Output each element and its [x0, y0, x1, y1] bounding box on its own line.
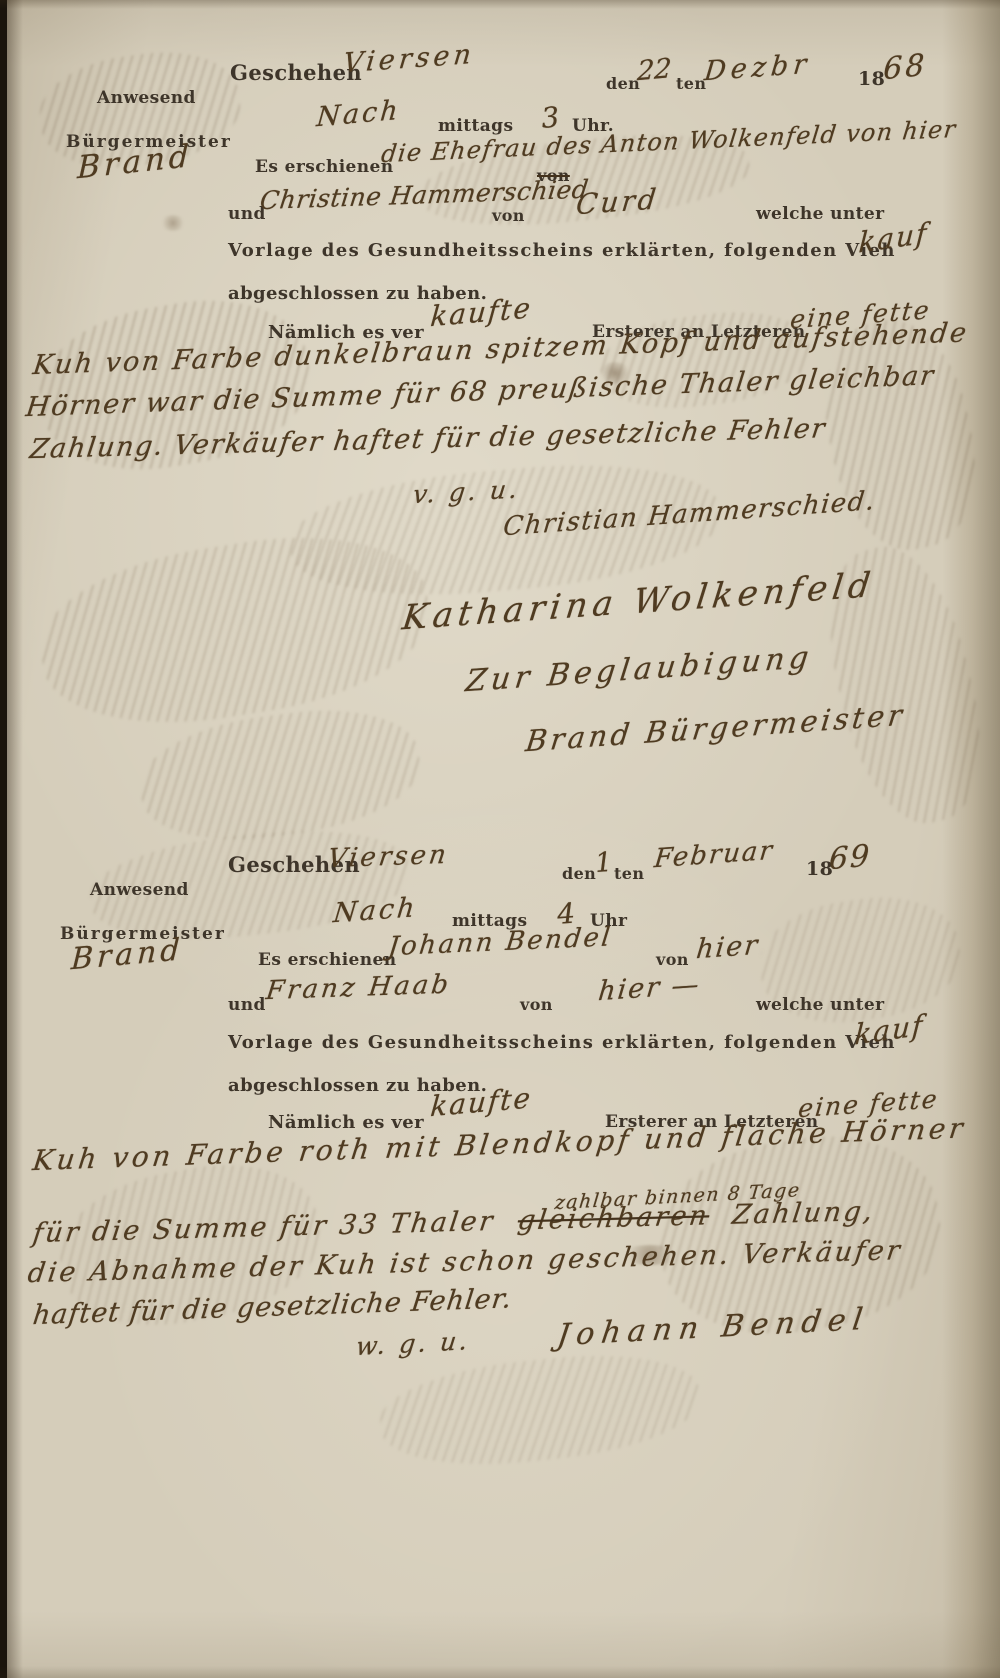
welche-unter-label: welche unter	[756, 204, 885, 224]
ten-label: ten	[676, 74, 706, 93]
welche-unter-label: welche unter	[756, 995, 885, 1015]
naemlich-label: Nämlich es ver	[268, 1112, 424, 1133]
margin-anwesend-label: Anwesend	[97, 88, 196, 108]
mittags-label: mittags	[438, 116, 513, 136]
body-line-1: Kuh von Farbe roth mit Blendkopf und fla…	[31, 1111, 968, 1177]
origin2-handwritten: hier —	[597, 969, 703, 1007]
den-label: den	[606, 74, 640, 93]
sum-post-text: Zahlung,	[730, 1196, 876, 1231]
party-signature-2: Katharina Wolkenfeld	[400, 565, 877, 638]
wgu-abbreviation: w. g. u.	[354, 1326, 472, 1361]
party2-handwritten: Franz Haab	[264, 970, 453, 1007]
place-handwritten: Viersen	[326, 840, 451, 874]
year-handwritten: 68	[883, 47, 928, 87]
page-top-shadow	[0, 0, 1000, 9]
party1-handwritten: Johann Bendel	[387, 922, 614, 962]
month-handwritten: Februar	[653, 836, 776, 875]
party2-handwritten: Christine Hammerschied	[258, 175, 590, 216]
day-handwritten: 22	[636, 53, 672, 87]
body-line-4: haftet für die gesetzliche Fehler.	[31, 1283, 514, 1331]
day-handwritten: 1	[594, 847, 613, 879]
year-handwritten: 69	[828, 838, 872, 877]
nach-handwritten: Nach	[332, 892, 419, 929]
scanned-register-page: Anwesend Bürgermeister Brand Geschehen V…	[0, 0, 1000, 1678]
vorlage-line: Vorlage des Gesundheitsscheins erklärten…	[228, 1032, 896, 1053]
place-handwritten: Viersen	[342, 39, 477, 79]
year-century-printed: 18	[858, 68, 885, 90]
es-erschienen-label: Es erschienen	[255, 157, 394, 177]
sum-pre-text: für die Summe für 33 Thaler	[31, 1206, 497, 1249]
margin-anwesend-label: Anwesend	[90, 880, 189, 900]
binding-shadow	[7, 0, 23, 1678]
von-label: von	[492, 206, 525, 225]
mayor-countersignature: Brand Bürgermeister	[524, 697, 908, 758]
hour-handwritten: 3	[540, 100, 561, 134]
party-signature-1: Johann Bendel	[555, 1302, 872, 1354]
den-label: den	[562, 864, 596, 883]
ink-smudge	[29, 516, 441, 745]
party2-origin-handwritten: Curd	[574, 182, 660, 221]
von-label: von	[520, 995, 553, 1014]
body-line-3: Zahlung. Verkäufer haftet für die gesetz…	[28, 413, 828, 465]
page-bottom-shadow	[0, 1666, 1000, 1678]
ink-smudge	[133, 696, 427, 854]
von-label: von	[656, 950, 689, 969]
struck-word: gleichbaren	[516, 1200, 711, 1236]
book-binding-edge	[0, 0, 7, 1678]
party-signature-1: Christian Hammerschied.	[502, 486, 877, 542]
ink-blot	[160, 215, 186, 231]
es-erschienen-label: Es erschienen	[258, 950, 397, 970]
ten-label: ten	[614, 864, 644, 883]
vgu-abbreviation: v. g. u.	[411, 474, 521, 509]
origin1-handwritten: hier	[695, 930, 761, 966]
und-label: und	[228, 995, 266, 1015]
nach-handwritten: Nach	[315, 95, 402, 134]
page-right-edge-shadow	[942, 0, 1000, 1678]
vorlage-line: Vorlage des Gesundheitsscheins erklärten…	[228, 240, 896, 261]
beglaubigung-note: Zur Beglaubigung	[464, 640, 815, 700]
month-handwritten: Dezbr	[703, 49, 813, 88]
ink-smudge	[376, 1344, 705, 1477]
